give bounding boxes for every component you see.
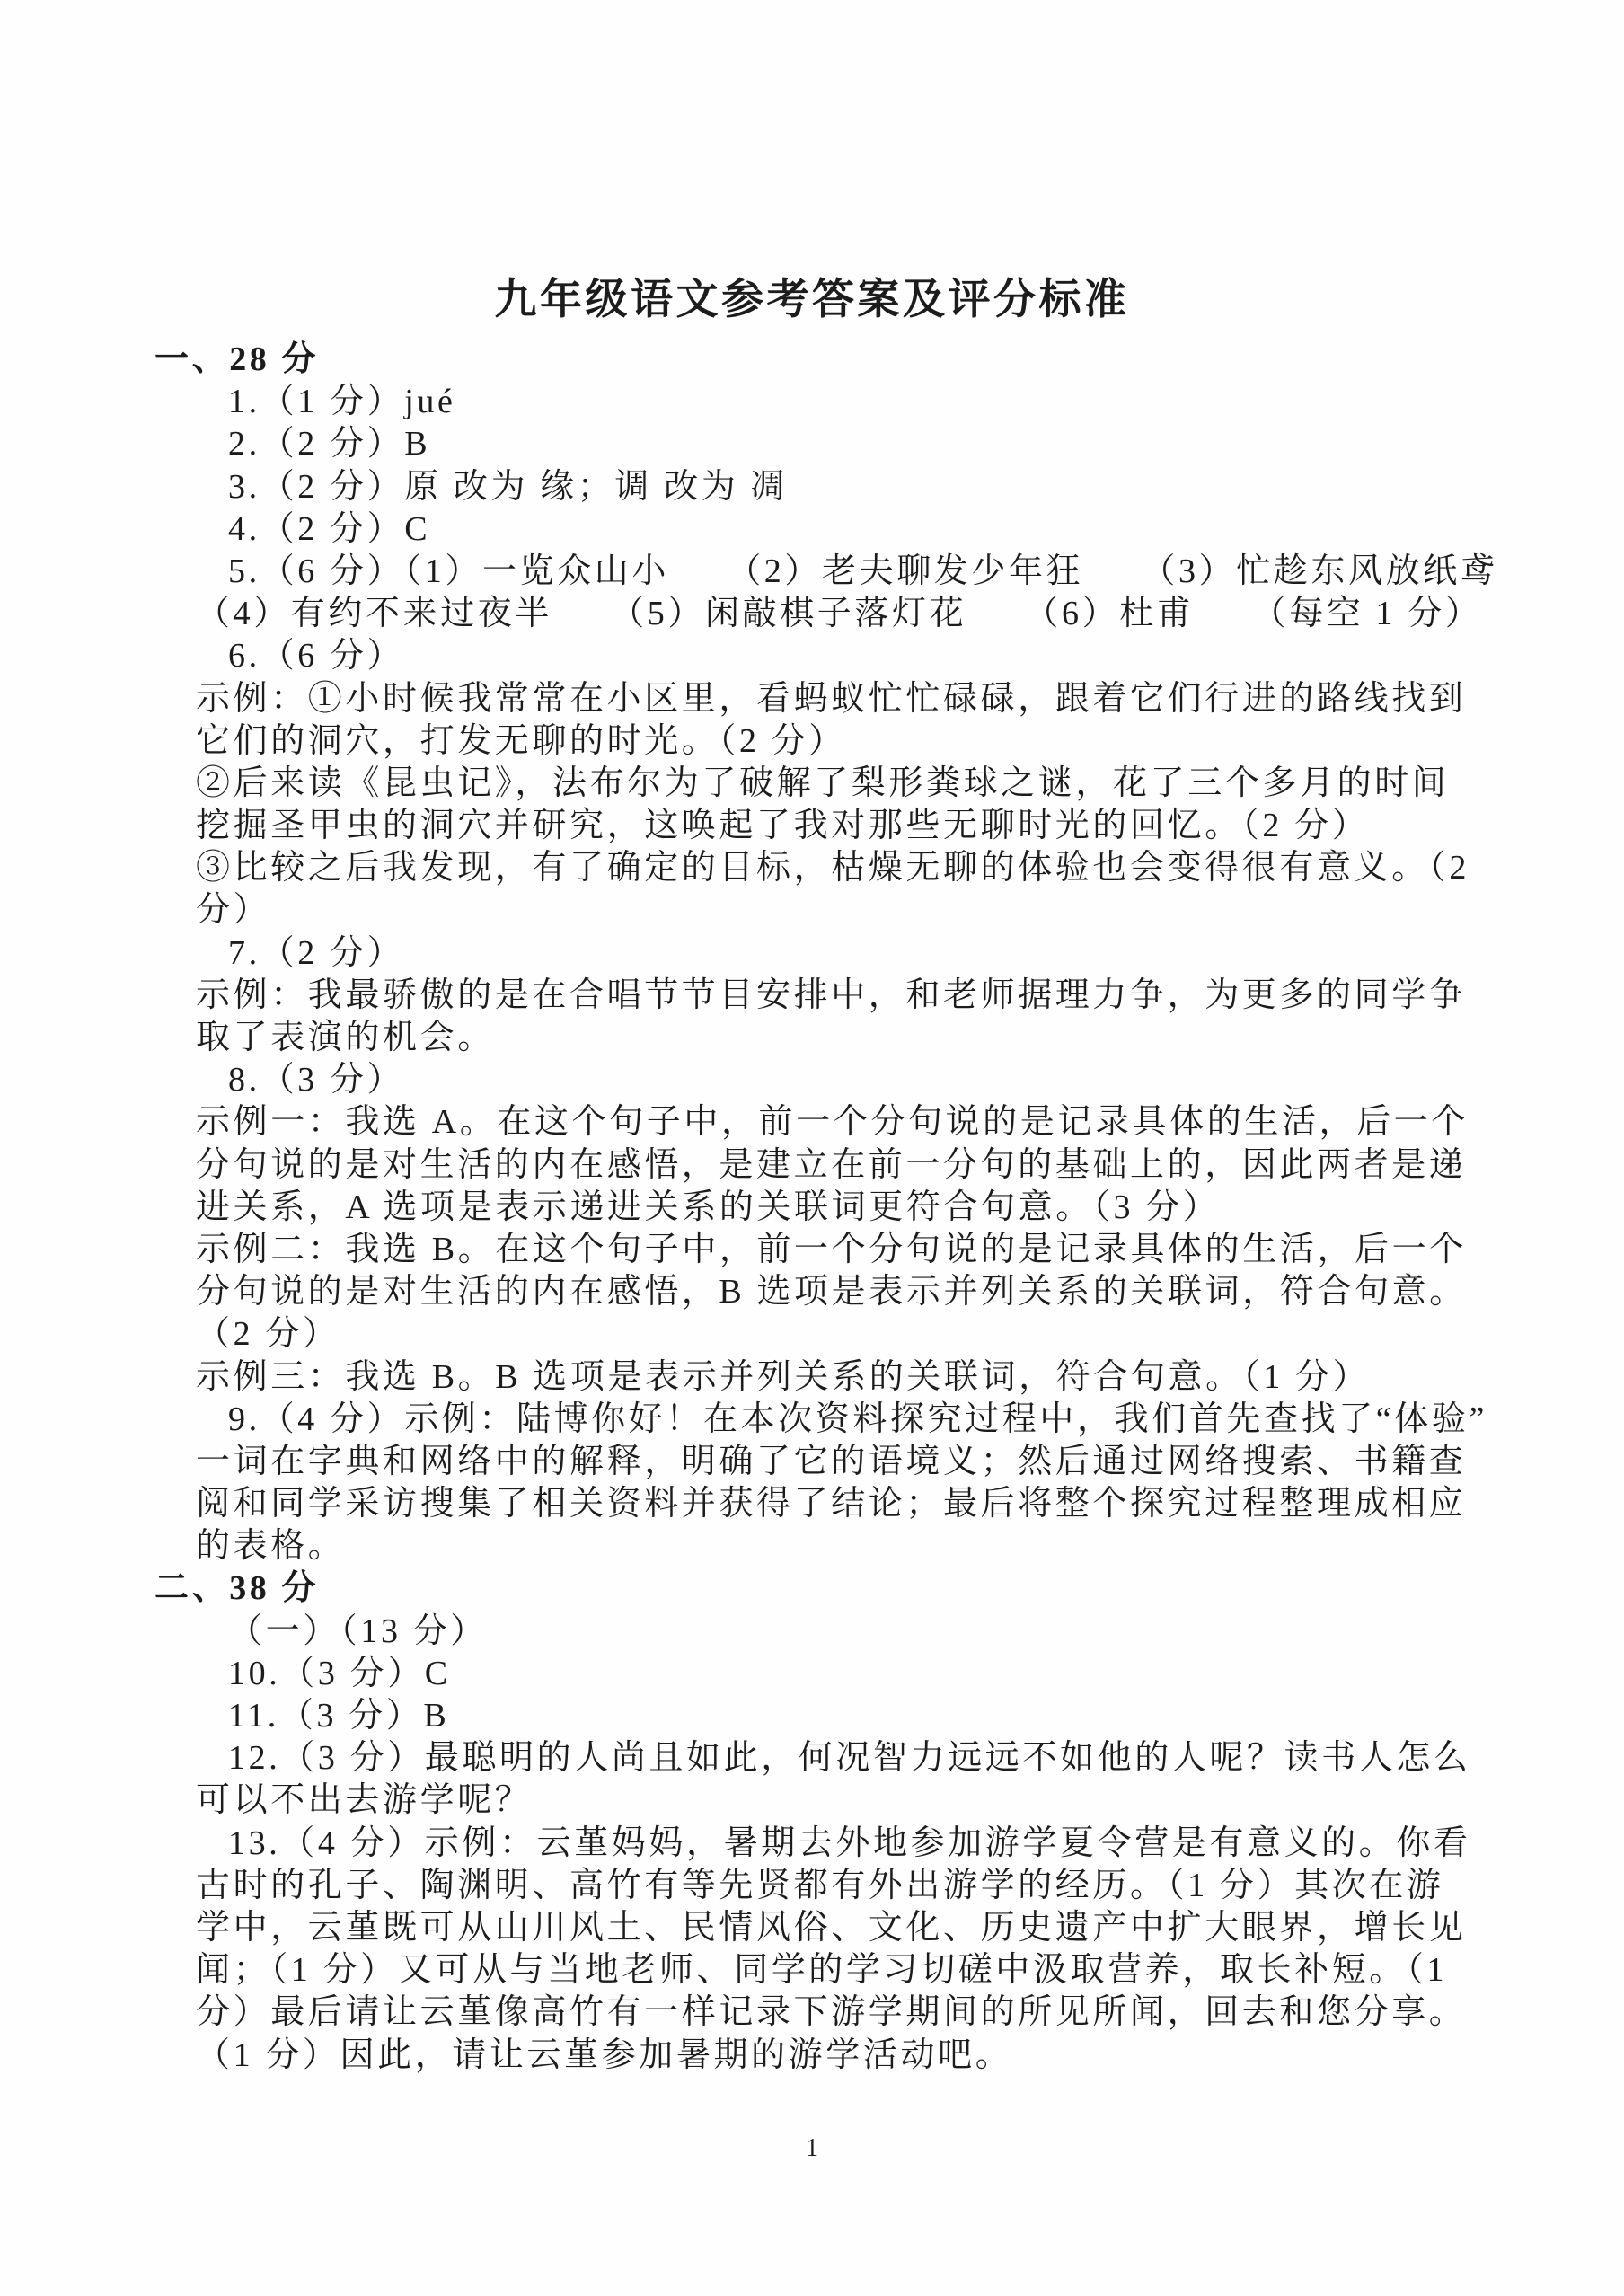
answer-line: ②后来读《昆虫记》，法布尔为了破解了梨形粪球之谜，花了三个多月的时间 [154, 763, 1502, 805]
page-title: 九年级语文参考答案及评分标准 [0, 266, 1624, 326]
answer-line: 示例二：我选 B。在这个句子中，前一个分句说的是记录具体的生活，后一个 [154, 1229, 1502, 1271]
answer-line: 3.（2 分）原 改为 缘；调 改为 凋 [154, 466, 1502, 508]
answer-line: 它们的洞穴，打发无聊的时光。（2 分） [154, 720, 1502, 763]
answer-line: 古时的孔子、陶渊明、高竹有等先贤都有外出游学的经历。（1 分）其次在游 [154, 1865, 1502, 1907]
answer-line: 可以不出去游学呢？ [154, 1779, 1502, 1822]
answer-line: 分） [154, 889, 1502, 932]
answer-line: 的表格。 [154, 1525, 1502, 1567]
document-body: 一、28 分1.（1 分）jué2.（2 分）B3.（2 分）原 改为 缘；调 … [154, 339, 1502, 2077]
answer-line: 挖掘圣甲虫的洞穴并研究，这唤起了我对那些无聊时光的回忆。（2 分） [154, 805, 1502, 847]
answer-line: 11.（3 分）B [154, 1695, 1502, 1737]
answer-line: 8.（3 分） [154, 1059, 1502, 1101]
answer-line: 分句说的是对生活的内在感悟，是建立在前一分句的基础上的，因此两者是递 [154, 1144, 1502, 1187]
answer-line: （一）（13 分） [154, 1611, 1502, 1653]
answer-line: 4.（2 分）C [154, 508, 1502, 551]
answer-line: 7.（2 分） [154, 932, 1502, 975]
answer-line: （4）有约不来过夜半 （5）闲敲棋子落灯花 （6）杜甫 （每空 1 分） [154, 593, 1502, 635]
answer-line: 进关系，A 选项是表示递进关系的关联词更符合句意。（3 分） [154, 1187, 1502, 1229]
answer-line: 10.（3 分）C [154, 1653, 1502, 1695]
answer-line: 示例：我最骄傲的是在合唱节节目安排中，和老师据理力争，为更多的同学争 [154, 975, 1502, 1017]
answer-line: 9.（4 分）示例：陆博你好！在本次资料探究过程中，我们首先查找了“体验” [154, 1399, 1502, 1441]
answer-line: 12.（3 分）最聪明的人尚且如此，何况智力远远不如他的人呢？读书人怎么 [154, 1737, 1502, 1779]
section-heading: 一、28 分 [154, 339, 1502, 381]
answer-line: 1.（1 分）jué [154, 381, 1502, 423]
answer-line: 13.（4 分）示例：云堇妈妈，暑期去外地参加游学夏令营是有意义的。你看 [154, 1823, 1502, 1865]
answer-line: 取了表演的机会。 [154, 1017, 1502, 1059]
answer-line: 5.（6 分）（1）一览众山小 （2）老夫聊发少年狂 （3）忙趁东风放纸鸢 [154, 551, 1502, 593]
page-number: 1 [0, 2134, 1624, 2163]
answer-line: 闻；（1 分）又可从与当地老师、同学的学习切磋中汲取营养，取长补短。（1 [154, 1949, 1502, 1991]
answer-line: 学中，云堇既可从山川风土、民情风俗、文化、历史遗产中扩大眼界，增长见 [154, 1907, 1502, 1949]
answer-line: 6.（6 分） [154, 635, 1502, 677]
answer-line: （1 分）因此，请让云堇参加暑期的游学活动吧。 [154, 2035, 1502, 2077]
answer-line: 阅和同学采访搜集了相关资料并获得了结论；最后将整个探究过程整理成相应 [154, 1483, 1502, 1525]
answer-line: （2 分） [154, 1313, 1502, 1356]
answer-line: 示例：①小时候我常常在小区里，看蚂蚁忙忙碌碌，跟着它们行进的路线找到 [154, 678, 1502, 720]
answer-line: 示例三：我选 B。B 选项是表示并列关系的关联词，符合句意。（1 分） [154, 1356, 1502, 1399]
document-page: 九年级语文参考答案及评分标准 一、28 分1.（1 分）jué2.（2 分）B3… [0, 0, 1624, 2296]
answer-line: 2.（2 分）B [154, 423, 1502, 465]
answer-line: ③比较之后我发现，有了确定的目标，枯燥无聊的体验也会变得很有意义。（2 [154, 847, 1502, 889]
answer-line: 分）最后请让云堇像高竹有一样记录下游学期间的所见所闻，回去和您分享。 [154, 1991, 1502, 2034]
answer-line: 分句说的是对生活的内在感悟，B 选项是表示并列关系的关联词，符合句意。 [154, 1271, 1502, 1313]
section-heading: 二、38 分 [154, 1567, 1502, 1610]
answer-line: 一词在字典和网络中的解释，明确了它的语境义；然后通过网络搜索、书籍查 [154, 1441, 1502, 1483]
answer-line: 示例一：我选 A。在这个句子中，前一个分句说的是记录具体的生活，后一个 [154, 1101, 1502, 1144]
